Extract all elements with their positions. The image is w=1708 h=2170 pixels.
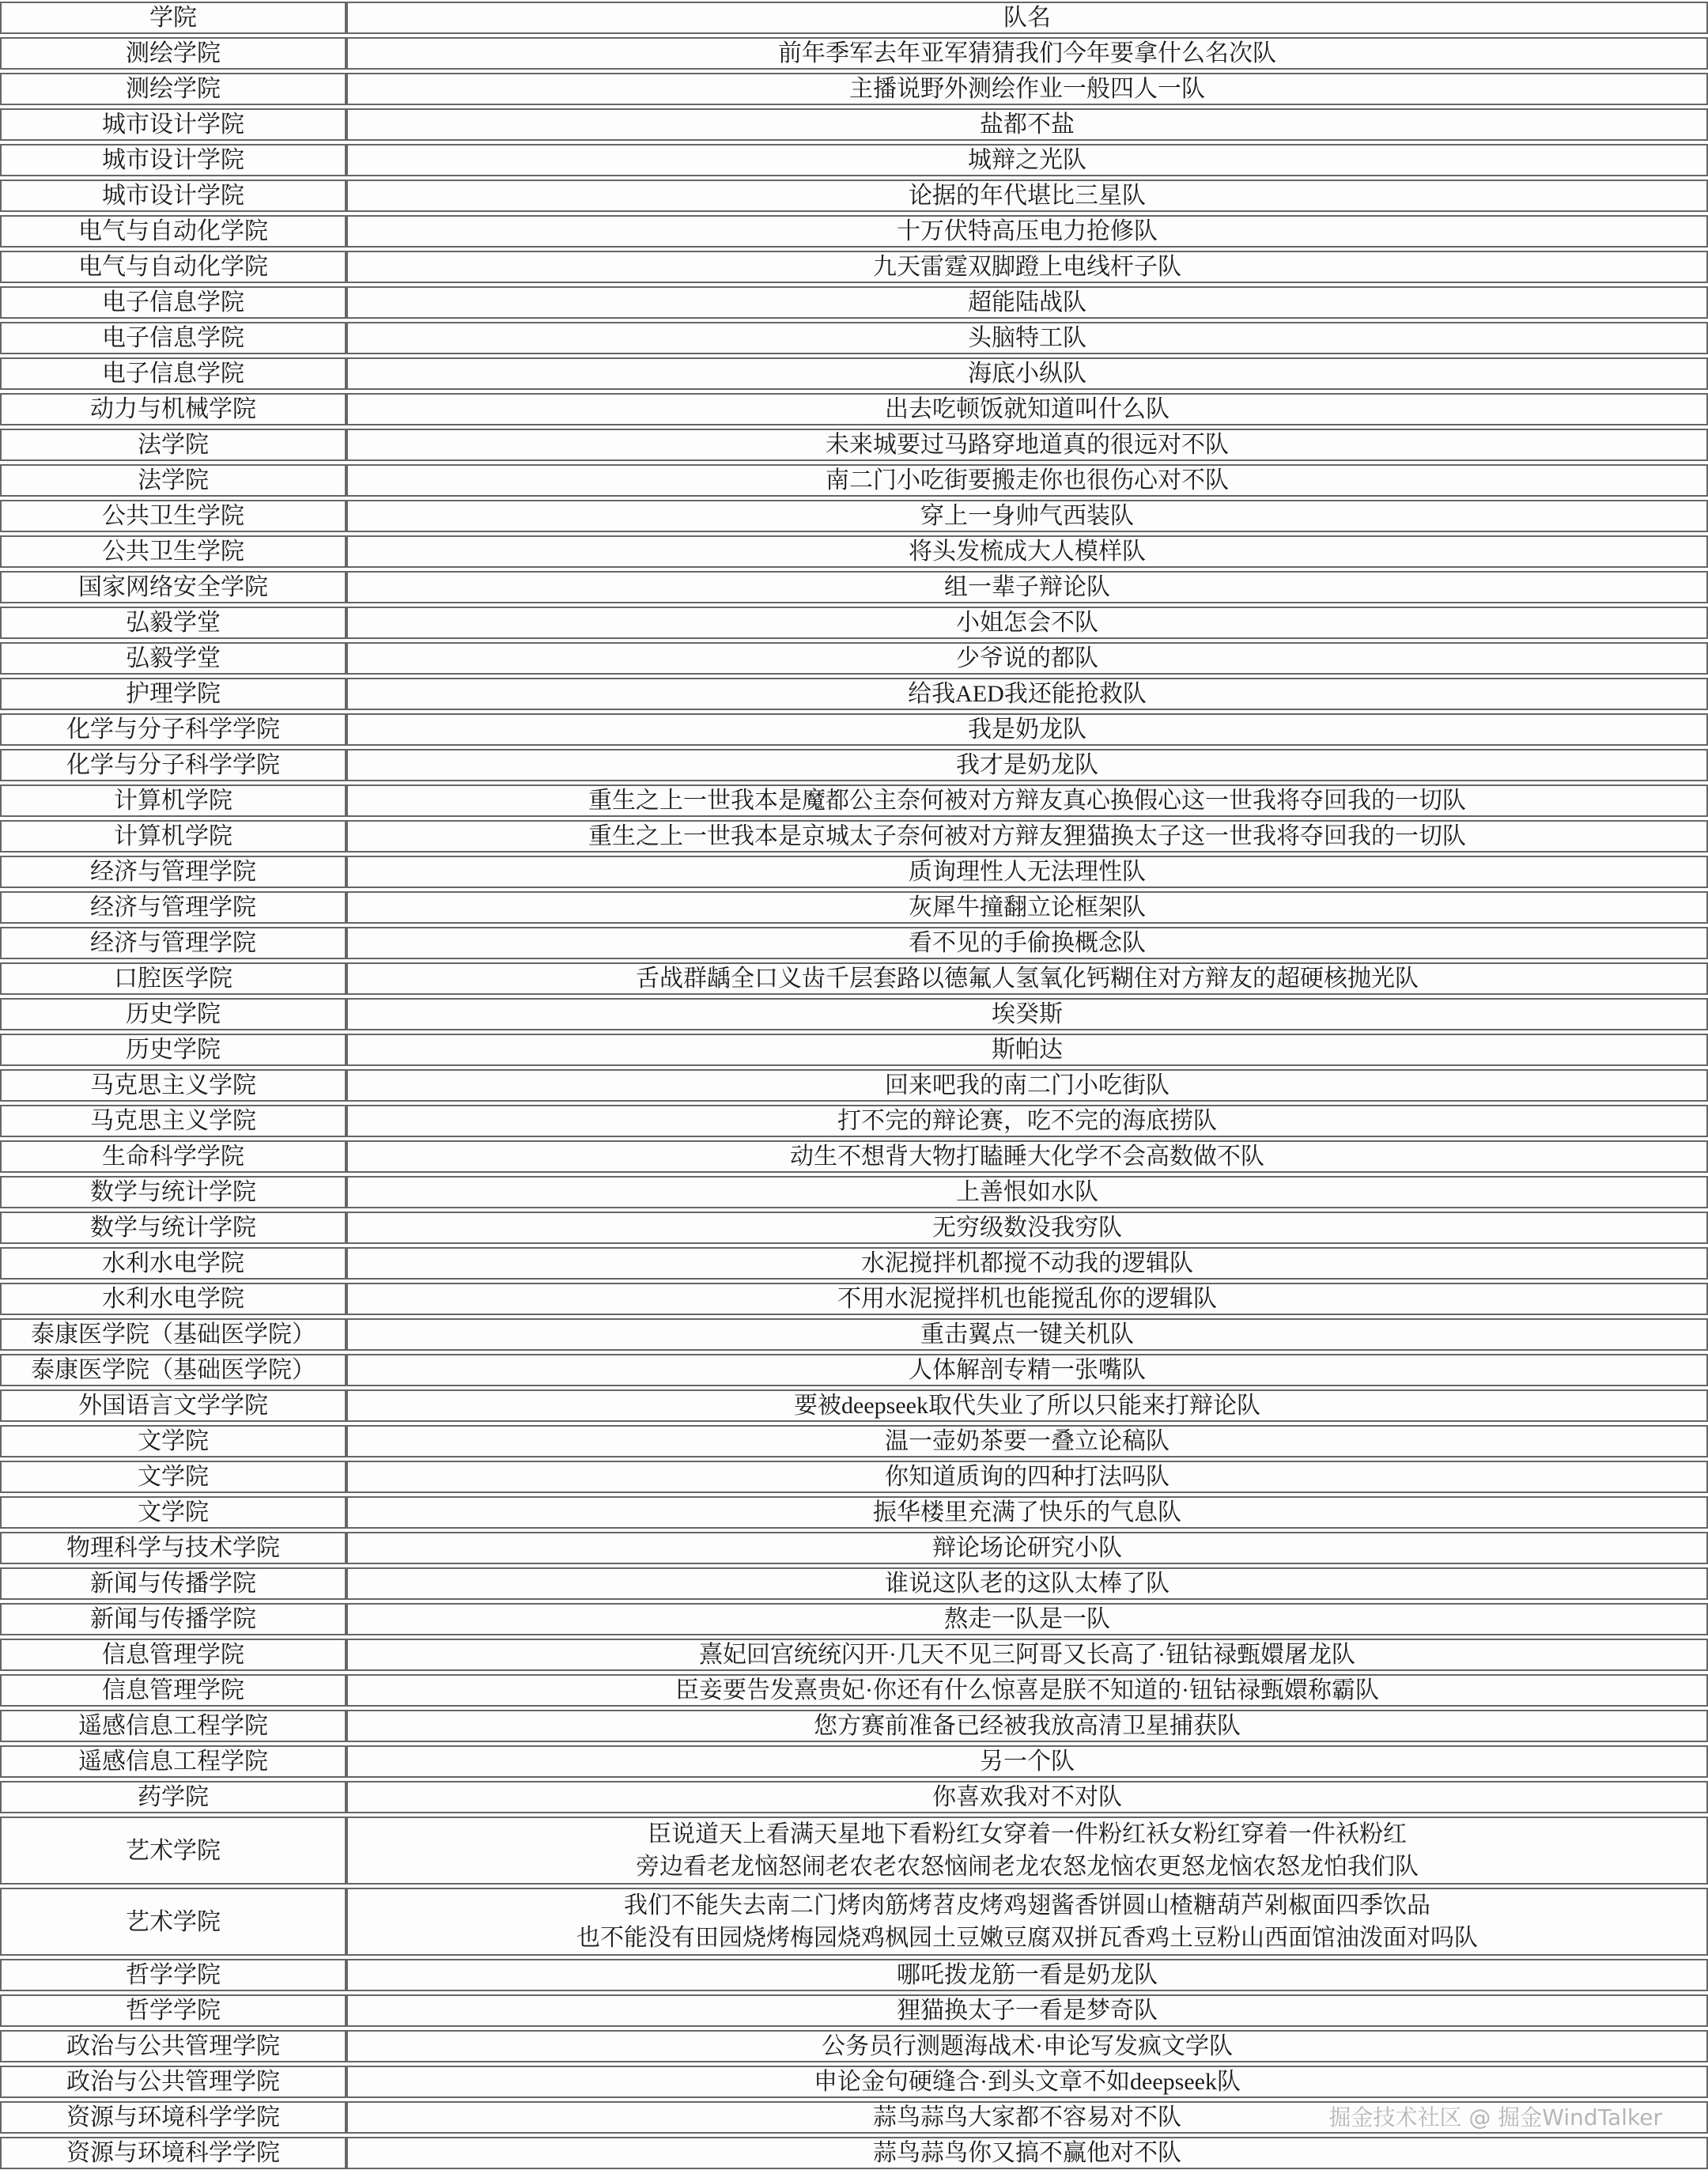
college-cell: 遥感信息工程学院 <box>0 1745 346 1778</box>
table-row: 经济与管理学院看不见的手偷换概念队 <box>0 927 1708 959</box>
college-cell: 经济与管理学院 <box>0 856 346 888</box>
college-cell: 药学院 <box>0 1781 346 1813</box>
college-cell: 艺术学院 <box>0 1817 346 1885</box>
table-row: 计算机学院重生之上一世我本是魔都公主奈何被对方辩友真心换假心这一世我将夺回我的一… <box>0 784 1708 817</box>
table-row: 电子信息学院海底小纵队 <box>0 357 1708 390</box>
table-row: 城市设计学院城辩之光队 <box>0 144 1708 176</box>
college-cell: 资源与环境科学学院 <box>0 2137 346 2169</box>
college-cell: 外国语言文学学院 <box>0 1389 346 1422</box>
college-cell: 马克思主义学院 <box>0 1105 346 1137</box>
team-cell: 打不完的辩论赛，吃不完的海底捞队 <box>346 1105 1708 1137</box>
team-cell: 埃癸斯 <box>346 998 1708 1030</box>
table-row: 公共卫生学院将头发梳成大人模样队 <box>0 535 1708 568</box>
college-cell: 信息管理学院 <box>0 1639 346 1671</box>
college-cell: 政治与公共管理学院 <box>0 2066 346 2098</box>
table-row: 测绘学院主播说野外测绘作业一般四人一队 <box>0 73 1708 105</box>
table-row: 外国语言文学学院要被deepseek取代失业了所以只能来打辩论队 <box>0 1389 1708 1422</box>
team-cell: 海底小纵队 <box>346 357 1708 390</box>
team-cell: 狸猫换太子一看是梦奇队 <box>346 1994 1708 2027</box>
college-cell: 城市设计学院 <box>0 144 346 176</box>
team-cell: 辩论场论研究小队 <box>346 1532 1708 1564</box>
team-cell: 臣妾要告发熹贵妃·你还有什么惊喜是朕不知道的·钮钴禄甄嬛称霸队 <box>346 1674 1708 1707</box>
table-row: 水利水电学院不用水泥搅拌机也能搅乱你的逻辑队 <box>0 1283 1708 1315</box>
team-cell: 主播说野外测绘作业一般四人一队 <box>346 73 1708 105</box>
college-cell: 电子信息学院 <box>0 322 346 354</box>
team-cell: 将头发梳成大人模样队 <box>346 535 1708 568</box>
team-cell: 哪吒拨龙筋一看是奶龙队 <box>346 1959 1708 1991</box>
table-row: 公共卫生学院穿上一身帅气西装队 <box>0 500 1708 532</box>
team-cell: 你喜欢我对不对队 <box>346 1781 1708 1813</box>
college-cell: 水利水电学院 <box>0 1247 346 1280</box>
college-cell: 测绘学院 <box>0 37 346 70</box>
team-cell: 超能陆战队 <box>346 286 1708 319</box>
team-cell: 我才是奶龙队 <box>346 749 1708 781</box>
college-cell: 公共卫生学院 <box>0 535 346 568</box>
table-row: 计算机学院重生之上一世我本是京城太子奈何被对方辩友狸猫换太子这一世我将夺回我的一… <box>0 820 1708 852</box>
team-cell: 申论金句硬缝合·到头文章不如deepseek队 <box>346 2066 1708 2098</box>
table-row: 经济与管理学院质询理性人无法理性队 <box>0 856 1708 888</box>
table-row: 数学与统计学院无穷级数没我穷队 <box>0 1212 1708 1244</box>
team-cell: 灰犀牛撞翻立论框架队 <box>346 891 1708 924</box>
table-row: 药学院你喜欢我对不对队 <box>0 1781 1708 1813</box>
college-cell: 弘毅学堂 <box>0 607 346 639</box>
team-cell: 斯帕达 <box>346 1034 1708 1066</box>
college-cell: 泰康医学院（基础医学院） <box>0 1318 346 1351</box>
college-cell: 电气与自动化学院 <box>0 215 346 248</box>
team-cell: 你知道质询的四种打法吗队 <box>346 1461 1708 1493</box>
team-cell: 另一个队 <box>346 1745 1708 1778</box>
table-row: 经济与管理学院灰犀牛撞翻立论框架队 <box>0 891 1708 924</box>
team-cell: 熬走一队是一队 <box>346 1603 1708 1635</box>
table-row: 城市设计学院盐都不盐 <box>0 108 1708 141</box>
college-cell: 电子信息学院 <box>0 286 346 319</box>
college-cell: 公共卫生学院 <box>0 500 346 532</box>
table-row: 资源与环境科学学院蒜鸟蒜鸟你又搞不赢他对不队 <box>0 2137 1708 2169</box>
table-row: 信息管理学院熹妃回宫统统闪开·几天不见三阿哥又长高了·钮钴禄甄嬛屠龙队 <box>0 1639 1708 1671</box>
table-row: 电子信息学院头脑特工队 <box>0 322 1708 354</box>
college-cell: 艺术学院 <box>0 1888 346 1956</box>
team-cell: 蒜鸟蒜鸟你又搞不赢他对不队 <box>346 2137 1708 2169</box>
college-cell: 经济与管理学院 <box>0 891 346 924</box>
team-cell: 要被deepseek取代失业了所以只能来打辩论队 <box>346 1389 1708 1422</box>
team-cell: 盐都不盐 <box>346 108 1708 141</box>
table-row: 数学与统计学院上善恨如水队 <box>0 1176 1708 1208</box>
team-cell: 上善恨如水队 <box>346 1176 1708 1208</box>
college-cell: 政治与公共管理学院 <box>0 2030 346 2062</box>
college-cell: 新闻与传播学院 <box>0 1603 346 1635</box>
college-cell: 电气与自动化学院 <box>0 251 346 283</box>
team-name-line: 旁边看老龙恼怒闹老农老农怒恼闹老龙农怒龙恼农更怒龙恼农怒龙怕我们队 <box>353 1851 1702 1883</box>
team-cell: 水泥搅拌机都搅不动我的逻辑队 <box>346 1247 1708 1280</box>
team-cell: 我是奶龙队 <box>346 713 1708 746</box>
college-cell: 水利水电学院 <box>0 1283 346 1315</box>
team-cell: 九天雷霆双脚蹬上电线杆子队 <box>346 251 1708 283</box>
table-row: 历史学院埃癸斯 <box>0 998 1708 1030</box>
table-row: 文学院你知道质询的四种打法吗队 <box>0 1461 1708 1493</box>
table-row: 遥感信息工程学院您方赛前准备已经被我放高清卫星捕获队 <box>0 1710 1708 1742</box>
college-cell: 物理科学与技术学院 <box>0 1532 346 1564</box>
table-row: 电子信息学院超能陆战队 <box>0 286 1708 319</box>
college-cell: 历史学院 <box>0 998 346 1030</box>
table-row: 政治与公共管理学院申论金句硬缝合·到头文章不如deepseek队 <box>0 2066 1708 2098</box>
team-cell: 前年季军去年亚军猜猜我们今年要拿什么名次队 <box>346 37 1708 70</box>
college-cell: 城市设计学院 <box>0 180 346 212</box>
team-cell: 公务员行测题海战术·申论写发疯文学队 <box>346 2030 1708 2062</box>
table-row: 艺术学院臣说道天上看满天星地下看粉红女穿着一件粉红袄女粉红穿着一件袄粉红旁边看老… <box>0 1817 1708 1885</box>
table-row: 化学与分子科学学院我是奶龙队 <box>0 713 1708 746</box>
table-row: 护理学院给我AED我还能抢救队 <box>0 678 1708 710</box>
team-cell: 无穷级数没我穷队 <box>346 1212 1708 1244</box>
table-row: 法学院南二门小吃街要搬走你也很伤心对不队 <box>0 464 1708 497</box>
team-cell: 质询理性人无法理性队 <box>346 856 1708 888</box>
team-cell: 动生不想背大物打瞌睡大化学不会高数做不队 <box>346 1140 1708 1173</box>
team-name-line: 也不能没有田园烧烤梅园烧鸡枫园土豆嫩豆腐双拼瓦香鸡土豆粉山西面馆油泼面对吗队 <box>353 1922 1702 1954</box>
college-cell: 数学与统计学院 <box>0 1212 346 1244</box>
team-cell: 谁说这队老的这队太棒了队 <box>346 1567 1708 1600</box>
team-cell: 给我AED我还能抢救队 <box>346 678 1708 710</box>
team-cell: 熹妃回宫统统闪开·几天不见三阿哥又长高了·钮钴禄甄嬛屠龙队 <box>346 1639 1708 1671</box>
table-row: 电气与自动化学院十万伏特高压电力抢修队 <box>0 215 1708 248</box>
table-row: 动力与机械学院出去吃顿饭就知道叫什么队 <box>0 393 1708 425</box>
column-header-team: 队名 <box>346 2 1708 34</box>
college-cell: 计算机学院 <box>0 820 346 852</box>
team-cell: 十万伏特高压电力抢修队 <box>346 215 1708 248</box>
table-row: 艺术学院我们不能失去南二门烤肉筋烤苕皮烤鸡翅酱香饼圆山楂糖葫芦剁椒面四季饮品也不… <box>0 1888 1708 1956</box>
team-cell: 小姐怎会不队 <box>346 607 1708 639</box>
table-row: 物理科学与技术学院辩论场论研究小队 <box>0 1532 1708 1564</box>
team-cell: 臣说道天上看满天星地下看粉红女穿着一件粉红袄女粉红穿着一件袄粉红旁边看老龙恼怒闹… <box>346 1817 1708 1885</box>
team-cell: 我们不能失去南二门烤肉筋烤苕皮烤鸡翅酱香饼圆山楂糖葫芦剁椒面四季饮品也不能没有田… <box>346 1888 1708 1956</box>
table-row: 城市设计学院论据的年代堪比三星队 <box>0 180 1708 212</box>
table-row: 测绘学院前年季军去年亚军猜猜我们今年要拿什么名次队 <box>0 37 1708 70</box>
college-cell: 化学与分子科学学院 <box>0 749 346 781</box>
team-cell: 出去吃顿饭就知道叫什么队 <box>346 393 1708 425</box>
college-cell: 历史学院 <box>0 1034 346 1066</box>
college-cell: 数学与统计学院 <box>0 1176 346 1208</box>
table-row: 新闻与传播学院谁说这队老的这队太棒了队 <box>0 1567 1708 1600</box>
team-cell: 少爷说的都队 <box>346 642 1708 675</box>
table-row: 法学院未来城要过马路穿地道真的很远对不队 <box>0 429 1708 461</box>
table-row: 历史学院斯帕达 <box>0 1034 1708 1066</box>
team-cell: 头脑特工队 <box>346 322 1708 354</box>
college-cell: 经济与管理学院 <box>0 927 346 959</box>
table-row: 生命科学学院动生不想背大物打瞌睡大化学不会高数做不队 <box>0 1140 1708 1173</box>
college-cell: 资源与环境科学学院 <box>0 2101 346 2134</box>
team-cell: 穿上一身帅气西装队 <box>346 500 1708 532</box>
table-row: 泰康医学院（基础医学院）人体解剖专精一张嘴队 <box>0 1354 1708 1386</box>
table-row: 马克思主义学院打不完的辩论赛，吃不完的海底捞队 <box>0 1105 1708 1137</box>
header-row: 学院 队名 <box>0 2 1708 34</box>
college-cell: 文学院 <box>0 1461 346 1493</box>
team-cell: 您方赛前准备已经被我放高清卫星捕获队 <box>346 1710 1708 1742</box>
table-row: 文学院振华楼里充满了快乐的气息队 <box>0 1496 1708 1529</box>
table-body: 测绘学院前年季军去年亚军猜猜我们今年要拿什么名次队测绘学院主播说野外测绘作业一般… <box>0 37 1708 2169</box>
college-cell: 文学院 <box>0 1425 346 1457</box>
table-row: 水利水电学院水泥搅拌机都搅不动我的逻辑队 <box>0 1247 1708 1280</box>
college-cell: 哲学学院 <box>0 1959 346 1991</box>
table-row: 化学与分子科学学院我才是奶龙队 <box>0 749 1708 781</box>
table-row: 信息管理学院臣妾要告发熹贵妃·你还有什么惊喜是朕不知道的·钮钴禄甄嬛称霸队 <box>0 1674 1708 1707</box>
college-cell: 口腔医学院 <box>0 962 346 995</box>
team-name-line: 臣说道天上看满天星地下看粉红女穿着一件粉红袄女粉红穿着一件袄粉红 <box>353 1818 1702 1851</box>
team-cell: 组一辈子辩论队 <box>346 571 1708 603</box>
table-row: 电气与自动化学院九天雷霆双脚蹬上电线杆子队 <box>0 251 1708 283</box>
table-row: 弘毅学堂小姐怎会不队 <box>0 607 1708 639</box>
watermark: 掘金技术社区 @ 掘金WindTalker <box>1328 2100 1662 2132</box>
table-row: 弘毅学堂少爷说的都队 <box>0 642 1708 675</box>
college-cell: 信息管理学院 <box>0 1674 346 1707</box>
team-cell: 城辩之光队 <box>346 144 1708 176</box>
team-cell: 未来城要过马路穿地道真的很远对不队 <box>346 429 1708 461</box>
college-cell: 新闻与传播学院 <box>0 1567 346 1600</box>
table-row: 马克思主义学院回来吧我的南二门小吃街队 <box>0 1069 1708 1102</box>
table-row: 政治与公共管理学院公务员行测题海战术·申论写发疯文学队 <box>0 2030 1708 2062</box>
team-cell: 舌战群龋全口义齿千层套路以德氟人氢氧化钙糊住对方辩友的超硬核抛光队 <box>346 962 1708 995</box>
team-cell: 温一壶奶茶要一叠立论稿队 <box>346 1425 1708 1457</box>
table-row: 国家网络安全学院组一辈子辩论队 <box>0 571 1708 603</box>
table-row: 口腔医学院舌战群龋全口义齿千层套路以德氟人氢氧化钙糊住对方辩友的超硬核抛光队 <box>0 962 1708 995</box>
team-cell: 重击翼点一键关机队 <box>346 1318 1708 1351</box>
team-name-line: 我们不能失去南二门烤肉筋烤苕皮烤鸡翅酱香饼圆山楂糖葫芦剁椒面四季饮品 <box>353 1889 1702 1922</box>
teams-table: 学院 队名 测绘学院前年季军去年亚军猜猜我们今年要拿什么名次队测绘学院主播说野外… <box>0 0 1708 2170</box>
college-cell: 护理学院 <box>0 678 346 710</box>
team-cell: 振华楼里充满了快乐的气息队 <box>346 1496 1708 1529</box>
table-row: 哲学学院哪吒拨龙筋一看是奶龙队 <box>0 1959 1708 1991</box>
team-cell: 论据的年代堪比三星队 <box>346 180 1708 212</box>
college-cell: 国家网络安全学院 <box>0 571 346 603</box>
table-row: 哲学学院狸猫换太子一看是梦奇队 <box>0 1994 1708 2027</box>
college-cell: 城市设计学院 <box>0 108 346 141</box>
column-header-college: 学院 <box>0 2 346 34</box>
college-cell: 计算机学院 <box>0 784 346 817</box>
college-cell: 马克思主义学院 <box>0 1069 346 1102</box>
college-cell: 哲学学院 <box>0 1994 346 2027</box>
college-cell: 测绘学院 <box>0 73 346 105</box>
college-cell: 化学与分子科学学院 <box>0 713 346 746</box>
college-cell: 文学院 <box>0 1496 346 1529</box>
team-cell: 重生之上一世我本是京城太子奈何被对方辩友狸猫换太子这一世我将夺回我的一切队 <box>346 820 1708 852</box>
college-cell: 法学院 <box>0 429 346 461</box>
college-cell: 电子信息学院 <box>0 357 346 390</box>
table-row: 遥感信息工程学院另一个队 <box>0 1745 1708 1778</box>
team-cell: 南二门小吃街要搬走你也很伤心对不队 <box>346 464 1708 497</box>
college-cell: 弘毅学堂 <box>0 642 346 675</box>
college-cell: 法学院 <box>0 464 346 497</box>
table-row: 新闻与传播学院熬走一队是一队 <box>0 1603 1708 1635</box>
college-cell: 生命科学学院 <box>0 1140 346 1173</box>
college-cell: 遥感信息工程学院 <box>0 1710 346 1742</box>
table-row: 泰康医学院（基础医学院）重击翼点一键关机队 <box>0 1318 1708 1351</box>
college-cell: 动力与机械学院 <box>0 393 346 425</box>
college-cell: 泰康医学院（基础医学院） <box>0 1354 346 1386</box>
team-cell: 人体解剖专精一张嘴队 <box>346 1354 1708 1386</box>
team-cell: 重生之上一世我本是魔都公主奈何被对方辩友真心换假心这一世我将夺回我的一切队 <box>346 784 1708 817</box>
team-cell: 看不见的手偷换概念队 <box>346 927 1708 959</box>
table-row: 文学院温一壶奶茶要一叠立论稿队 <box>0 1425 1708 1457</box>
team-cell: 回来吧我的南二门小吃街队 <box>346 1069 1708 1102</box>
team-cell: 不用水泥搅拌机也能搅乱你的逻辑队 <box>346 1283 1708 1315</box>
